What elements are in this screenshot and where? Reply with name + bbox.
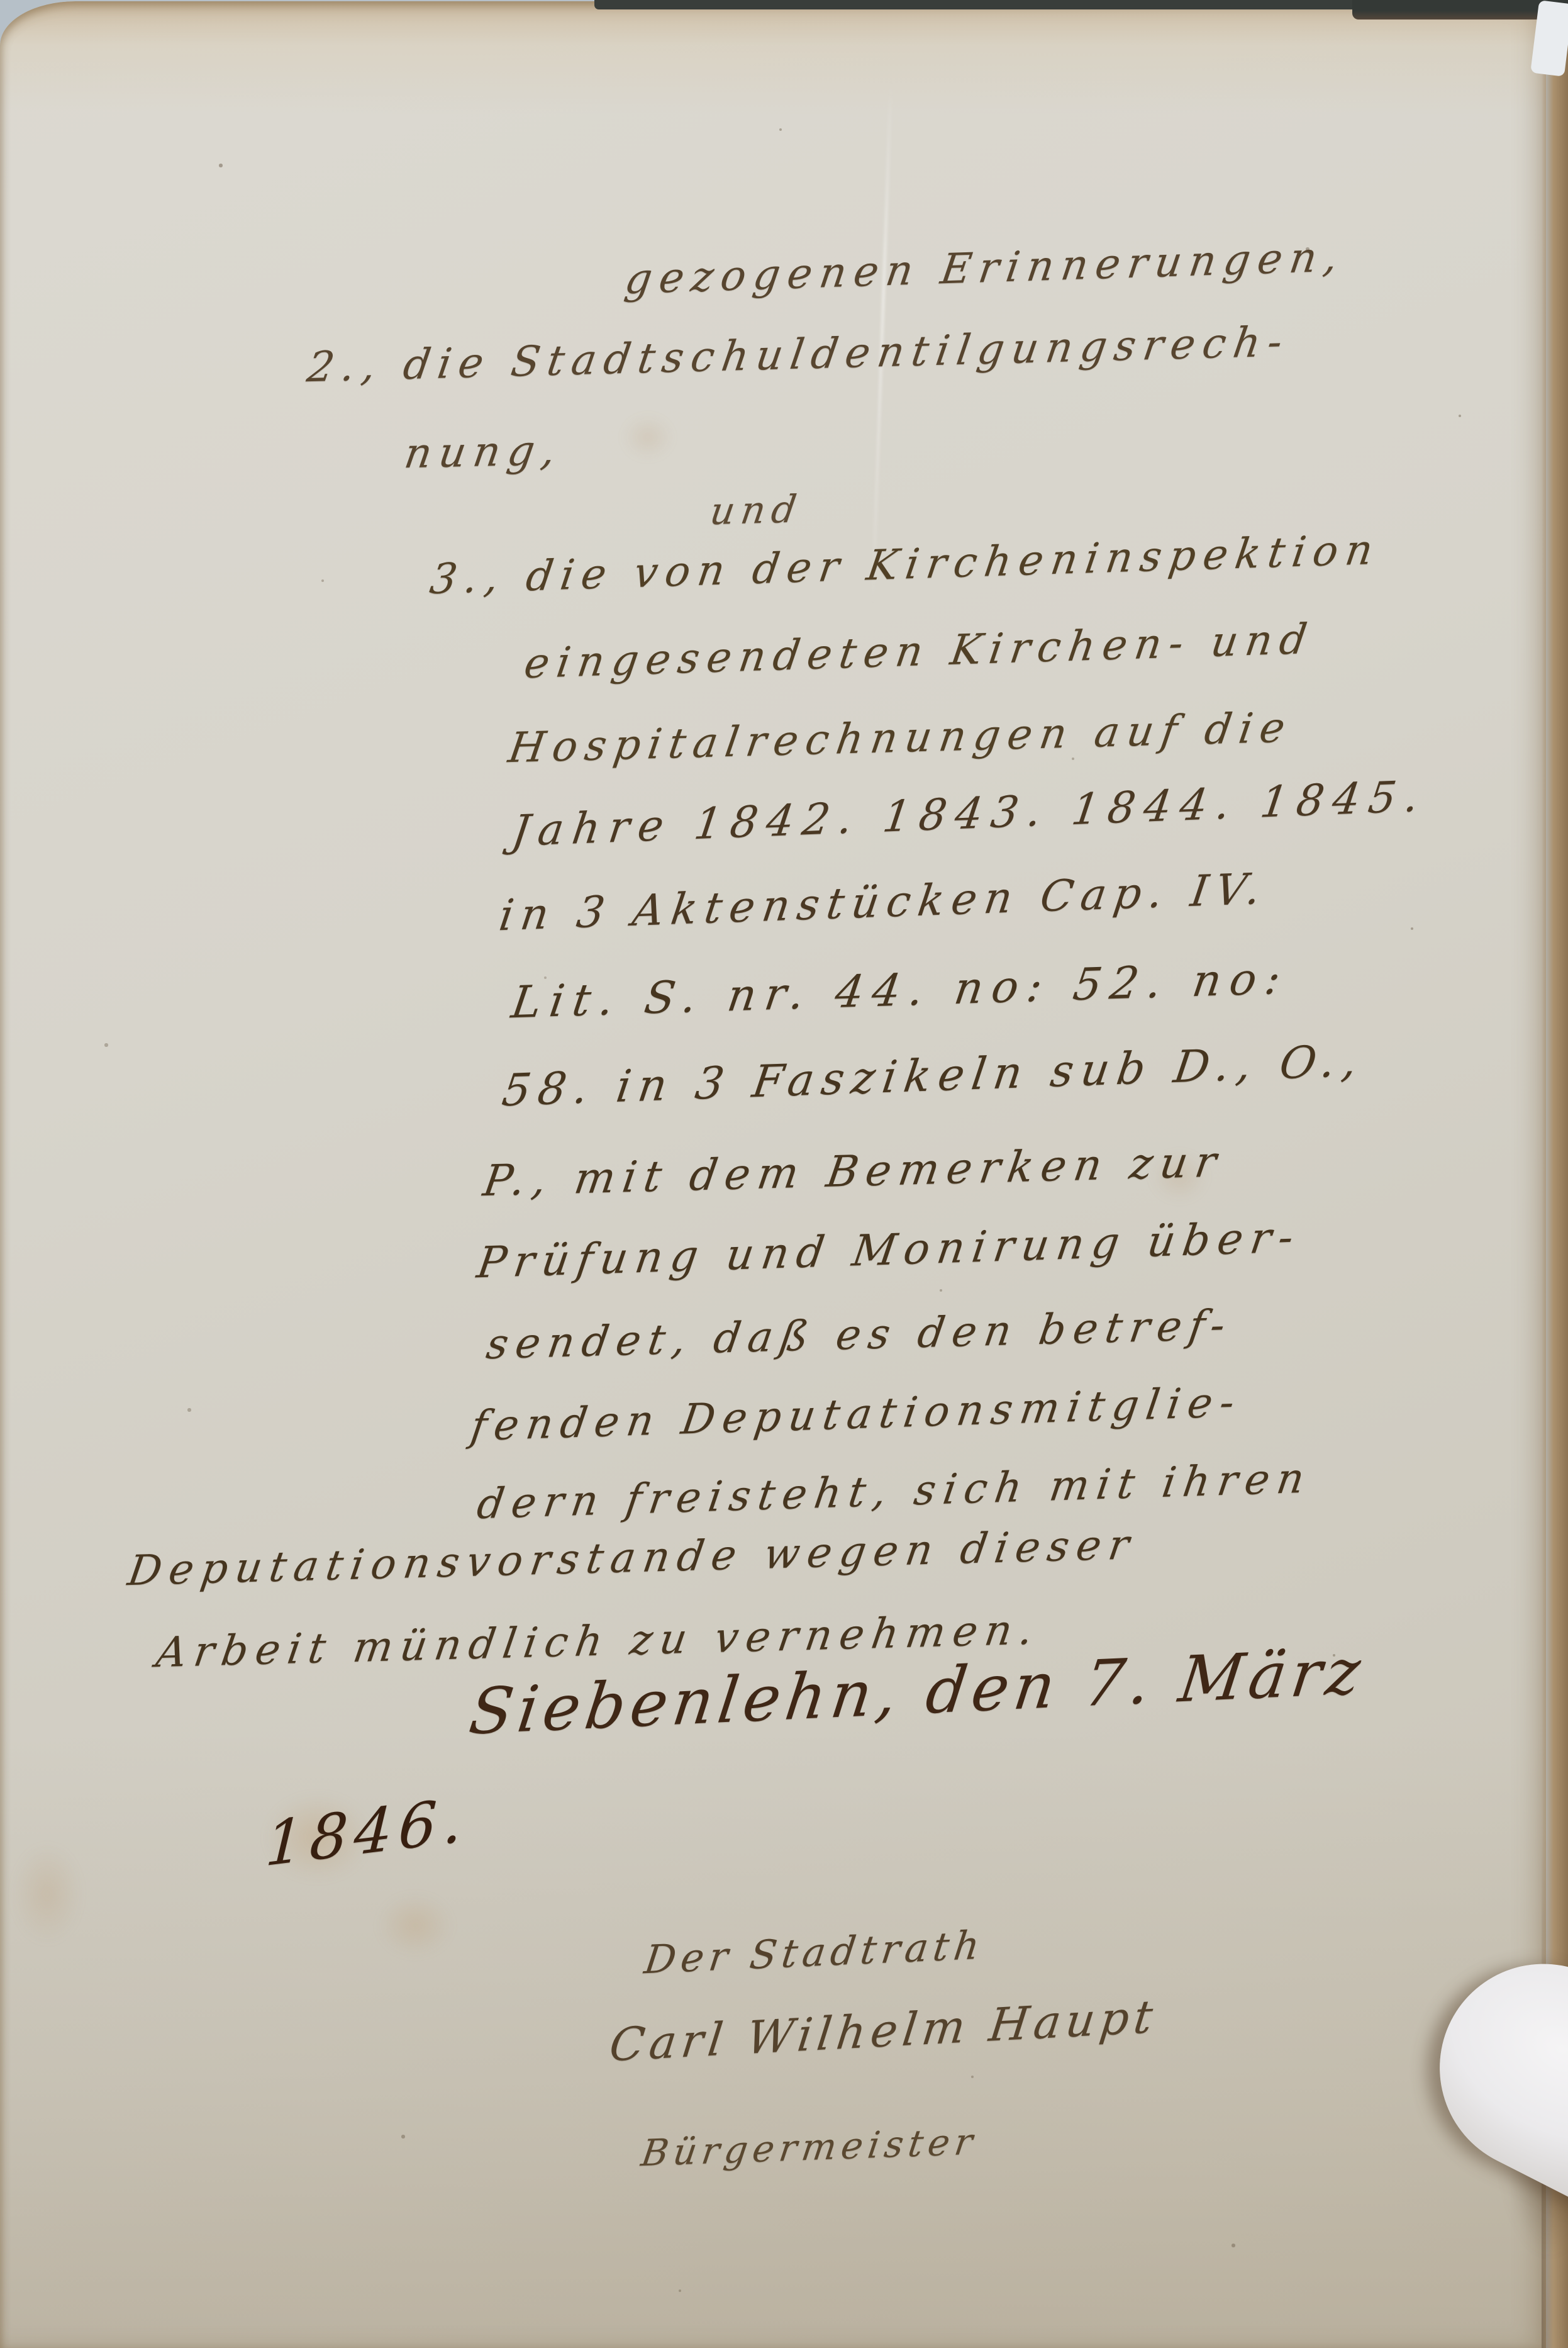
foxing-stain [13,1843,82,1944]
table-edge [1352,0,1568,20]
manuscript-line-3: nung, [401,426,567,478]
manuscript-line-4: und [707,487,805,534]
paper-speckles [0,0,1,1]
foxing-stain [377,1894,453,1957]
manuscript-photo: gezogenen Erinnerungen, 2., die Stadtsch… [0,0,1568,2348]
foxing-stain [623,415,673,459]
